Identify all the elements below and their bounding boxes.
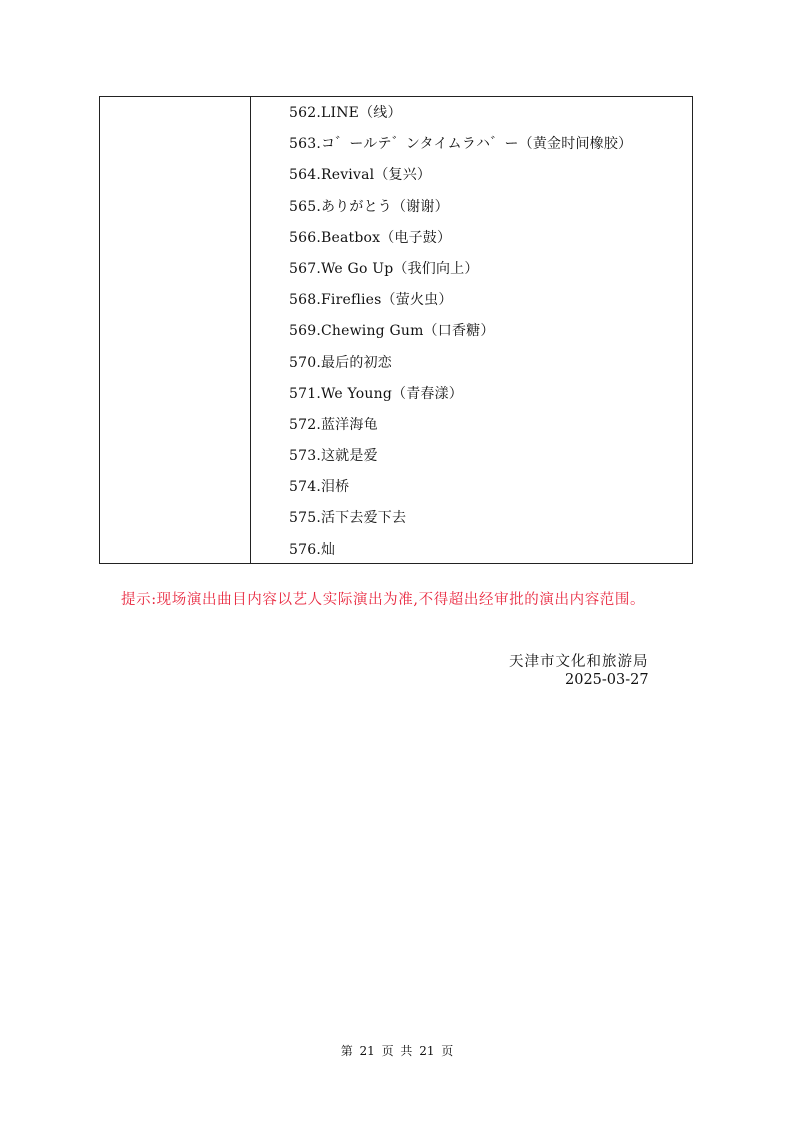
issue-date: 2025-03-27 [565, 672, 649, 688]
issuer-name: 天津市文化和旅游局 [509, 650, 649, 671]
song-item: 570.最后的初恋 [289, 353, 632, 384]
song-item: 567.We Go Up（我们向上） [289, 259, 632, 290]
song-table: 562.LINE（线） 563.コ゛ールテ゛ンタイムラハ゛ー（黄金时间橡胶） 5… [99, 96, 693, 564]
song-item: 565.ありがとう（谢谢） [289, 197, 632, 228]
song-list: 562.LINE（线） 563.コ゛ールテ゛ンタイムラハ゛ー（黄金时间橡胶） 5… [289, 103, 632, 571]
song-item: 566.Beatbox（电子鼓） [289, 228, 632, 259]
song-item: 564.Revival（复兴） [289, 165, 632, 196]
song-item: 571.We Young（青春漾） [289, 384, 632, 415]
song-item: 562.LINE（线） [289, 103, 632, 134]
table-column-divider [250, 97, 251, 563]
notice-text: 提示:现场演出曲目内容以艺人实际演出为准,不得超出经审批的演出内容范围。 [121, 588, 645, 609]
song-item: 568.Fireflies（萤火虫） [289, 290, 632, 321]
song-item: 574.泪桥 [289, 477, 632, 508]
song-item: 563.コ゛ールテ゛ンタイムラハ゛ー（黄金时间橡胶） [289, 134, 632, 165]
song-item: 572.蓝洋海龟 [289, 415, 632, 446]
song-item: 576.灿 [289, 540, 632, 571]
song-item: 575.活下去爱下去 [289, 508, 632, 539]
song-item: 573.这就是爱 [289, 446, 632, 477]
page-number: 第 21 页 共 21 页 [0, 1042, 794, 1059]
song-item: 569.Chewing Gum（口香糖） [289, 321, 632, 352]
